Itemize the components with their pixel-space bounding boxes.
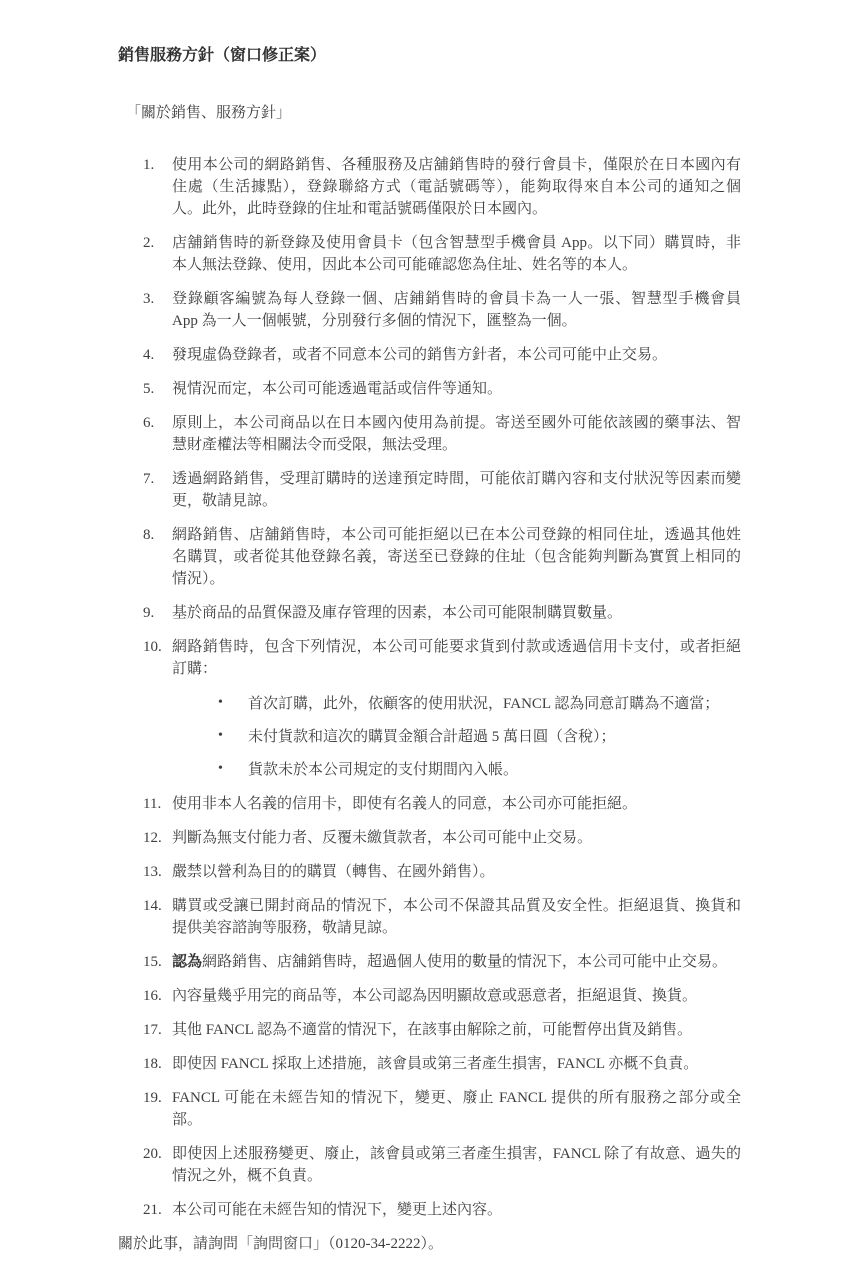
item-text: 基於商品的品質保證及庫存管理的因素，本公司可能限制購買數量。 (172, 605, 622, 621)
item-text: 網路銷售時，包含下列情況，本公司可能要求貨到付款或透過信用卡支付，或者拒絕訂購： (172, 639, 741, 677)
bullet-icon: • (218, 758, 223, 780)
item-text: 視情況而定，本公司可能透過電話或信件等通知。 (172, 381, 502, 397)
item-number: 11. (143, 793, 161, 815)
item-text: 判斷為無支付能力者、反覆未繳貨款者，本公司可能中止交易。 (172, 830, 592, 846)
bullet-list: •首次訂購，此外，依顧客的使用狀況，FANCL 認為同意訂購為不適當； •未付貨… (172, 693, 741, 781)
item-text: 透過網路銷售，受理訂購時的送達預定時間，可能依訂購內容和支付狀況等因素而變更，敬… (172, 471, 741, 509)
item-number: 6. (143, 412, 154, 434)
list-item: 3.登錄顧客編號為每人登錄一個、店鋪銷售時的會員卡為一人一張、智慧型手機會員 A… (172, 288, 741, 332)
list-item: 18.即使因 FANCL 採取上述措施，該會員或第三者產生損害，FANCL 亦概… (172, 1053, 741, 1075)
section-heading: 「關於銷售、服務方針」 (118, 103, 741, 123)
item-number: 2. (143, 232, 154, 254)
document-page: 銷售服務方針（窗口修正案） 「關於銷售、服務方針」 1.使用本公司的網路銷售、各… (0, 0, 841, 1280)
item-bold-prefix: 認為 (172, 954, 202, 970)
item-text: 網路銷售、店舖銷售時，本公司可能拒絕以已在本公司登錄的相同住址，透過其他姓名購買… (172, 527, 741, 587)
bullet-icon: • (218, 692, 223, 714)
contact-footer: 關於此事，請詢問「詢問窗口」（0120-34-2222）。 (118, 1233, 741, 1255)
item-number: 4. (143, 344, 154, 366)
bullet-item: •首次訂購，此外，依顧客的使用狀況，FANCL 認為同意訂購為不適當； (172, 693, 741, 715)
item-text: 其他 FANCL 認為不適當的情況下，在該事由解除之前，可能暫停出貨及銷售。 (172, 1022, 692, 1038)
bullet-text: 貨款未於本公司規定的支付期間內入帳。 (248, 762, 518, 778)
list-item: 11.使用非本人名義的信用卡，即使有名義人的同意，本公司亦可能拒絕。 (172, 793, 741, 815)
page-title: 銷售服務方針（窗口修正案） (118, 46, 741, 66)
item-number: 13. (143, 861, 162, 883)
bullet-item: •貨款未於本公司規定的支付期間內入帳。 (172, 759, 741, 781)
item-number: 5. (143, 378, 154, 400)
list-item: 1.使用本公司的網路銷售、各種服務及店舖銷售時的發行會員卡，僅限於在日本國內有住… (172, 154, 741, 220)
bullet-text: 未付貨款和這次的購買金額合計超過 5 萬日圓（含稅）； (248, 729, 616, 745)
item-text: 店舖銷售時的新登錄及使用會員卡（包含智慧型手機會員 App。以下同）購買時，非本… (172, 235, 741, 273)
bullet-icon: • (218, 725, 223, 747)
item-text: 發現虛偽登錄者，或者不同意本公司的銷售方針者，本公司可能中止交易。 (172, 347, 667, 363)
item-number: 20. (143, 1143, 162, 1165)
list-item: 7.透過網路銷售，受理訂購時的送達預定時間，可能依訂購內容和支付狀況等因素而變更… (172, 468, 741, 512)
item-number: 3. (143, 288, 154, 310)
list-item: 14.購買或受讓已開封商品的情況下，本公司不保證其品質及安全性。拒絕退貨、換貨和… (172, 895, 741, 939)
item-text: 即使因上述服務變更、廢止，該會員或第三者產生損害，FANCL 除了有故意、過失的… (172, 1146, 741, 1184)
item-number: 18. (143, 1053, 162, 1075)
bullet-item: •未付貨款和這次的購買金額合計超過 5 萬日圓（含稅）； (172, 726, 741, 748)
item-text: 嚴禁以營利為目的的購買（轉售、在國外銷售）。 (172, 864, 495, 880)
item-number: 1. (143, 154, 154, 176)
list-item: 5.視情況而定，本公司可能透過電話或信件等通知。 (172, 378, 741, 400)
item-text: 本公司可能在未經告知的情況下，變更上述內容。 (172, 1202, 502, 1218)
list-item: 2.店舖銷售時的新登錄及使用會員卡（包含智慧型手機會員 App。以下同）購買時，… (172, 232, 741, 276)
item-text: 原則上，本公司商品以在日本國內使用為前提。寄送至國外可能依該國的藥事法、智慧財產… (172, 415, 741, 453)
list-item: 15.認為網路銷售、店舖銷售時，超過個人使用的數量的情況下，本公司可能中止交易。 (172, 951, 741, 973)
item-number: 7. (143, 468, 154, 490)
item-number: 16. (143, 985, 162, 1007)
list-item: 8.網路銷售、店舖銷售時，本公司可能拒絕以已在本公司登錄的相同住址，透過其他姓名… (172, 524, 741, 590)
list-item: 13.嚴禁以營利為目的的購買（轉售、在國外銷售）。 (172, 861, 741, 883)
policy-list: 1.使用本公司的網路銷售、各種服務及店舖銷售時的發行會員卡，僅限於在日本國內有住… (118, 154, 741, 1221)
item-number: 21. (143, 1199, 162, 1221)
item-number: 17. (143, 1019, 162, 1041)
item-number: 10. (143, 636, 162, 658)
list-item: 16.內容量幾乎用完的商品等，本公司認為因明顯故意或惡意者，拒絕退貨、換貨。 (172, 985, 741, 1007)
list-item: 9.基於商品的品質保證及庫存管理的因素，本公司可能限制購買數量。 (172, 602, 741, 624)
list-item: 6.原則上，本公司商品以在日本國內使用為前提。寄送至國外可能依該國的藥事法、智慧… (172, 412, 741, 456)
item-number: 14. (143, 895, 162, 917)
list-item: 21.本公司可能在未經告知的情況下，變更上述內容。 (172, 1199, 741, 1221)
item-text: 使用非本人名義的信用卡，即使有名義人的同意，本公司亦可能拒絕。 (172, 796, 637, 812)
item-number: 15. (143, 951, 162, 973)
item-number: 12. (143, 827, 162, 849)
bullet-text: 首次訂購，此外，依顧客的使用狀況，FANCL 認為同意訂購為不適當； (248, 696, 719, 712)
item-text: 內容量幾乎用完的商品等，本公司認為因明顯故意或惡意者，拒絕退貨、換貨。 (172, 988, 697, 1004)
item-number: 8. (143, 524, 154, 546)
item-text: FANCL 可能在未經告知的情況下，變更、廢止 FANCL 提供的所有服務之部分… (172, 1090, 741, 1128)
list-item: 10.網路銷售時，包含下列情況，本公司可能要求貨到付款或透過信用卡支付，或者拒絕… (172, 636, 741, 781)
list-item: 4.發現虛偽登錄者，或者不同意本公司的銷售方針者，本公司可能中止交易。 (172, 344, 741, 366)
list-item: 19.FANCL 可能在未經告知的情況下，變更、廢止 FANCL 提供的所有服務… (172, 1087, 741, 1131)
item-text: 登錄顧客編號為每人登錄一個、店鋪銷售時的會員卡為一人一張、智慧型手機會員 App… (172, 291, 741, 329)
item-number: 19. (143, 1087, 162, 1109)
list-item: 17.其他 FANCL 認為不適當的情況下，在該事由解除之前，可能暫停出貨及銷售… (172, 1019, 741, 1041)
item-text: 即使因 FANCL 採取上述措施，該會員或第三者產生損害，FANCL 亦概不負責… (172, 1056, 698, 1072)
item-number: 9. (143, 602, 154, 624)
list-item: 20.即使因上述服務變更、廢止，該會員或第三者產生損害，FANCL 除了有故意、… (172, 1143, 741, 1187)
item-text: 購買或受讓已開封商品的情況下，本公司不保證其品質及安全性。拒絕退貨、換貨和提供美… (172, 898, 741, 936)
item-text: 使用本公司的網路銷售、各種服務及店舖銷售時的發行會員卡，僅限於在日本國內有住處（… (172, 157, 741, 217)
list-item: 12.判斷為無支付能力者、反覆未繳貨款者，本公司可能中止交易。 (172, 827, 741, 849)
item-text: 網路銷售、店舖銷售時，超過個人使用的數量的情況下，本公司可能中止交易。 (202, 954, 727, 970)
